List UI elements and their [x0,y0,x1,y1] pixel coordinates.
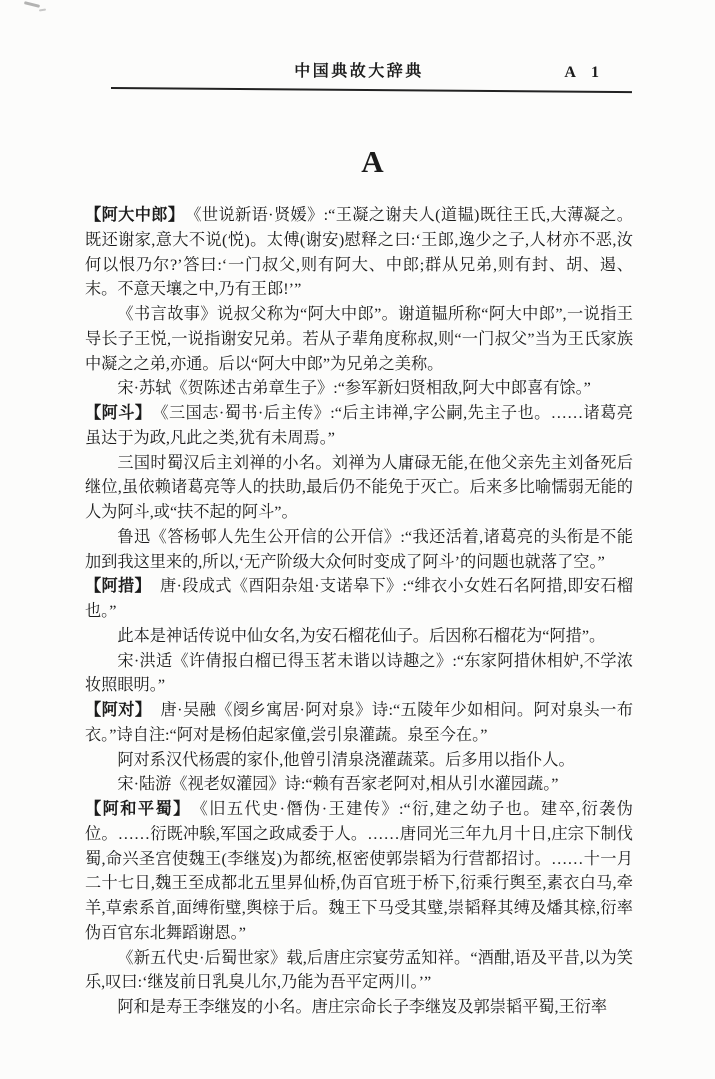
entry-term: 【阿斗】 [85,404,151,422]
entry-head: 【阿对】唐·吴融《阌乡寓居·阿对泉》诗:“五陵年少如相问。阿对泉头一布衣。”诗自… [85,698,633,748]
entry-head: 【阿斗】《三国志·蜀书·后主传》:“后主讳禅,字公嗣,先主子也。……诸葛亮虽达于… [85,401,633,451]
entry: 【阿和平蜀】《旧五代史·僭伪·王建传》:“衍,建之幼子也。建卒,衍袭伪位。……衍… [85,797,633,1020]
entries: 【阿大中郎】《世说新语·贤媛》:“王凝之谢夫人(道韫)既往王氏,大薄凝之。既还谢… [85,203,633,1020]
entry-term: 【阿和平蜀】 [85,800,191,818]
entry-head: 【阿大中郎】《世说新语·贤媛》:“王凝之谢夫人(道韫)既往王氏,大薄凝之。既还谢… [85,203,633,302]
entry: 【阿斗】《三国志·蜀书·后主传》:“后主讳禅,字公嗣,先主子也。……诸葛亮虽达于… [85,401,633,574]
entry-paragraph: 《新五代史·后蜀世家》载,后唐庄宗宴劳孟知祥。“酒酣,语及平昔,以为笑乐,叹曰:… [85,946,633,996]
entry-paragraph: 宋·苏轼《贺陈述古弟章生子》:“参军新妇贤相敌,阿大中郎喜有馀。” [85,376,633,401]
running-header: 中国典故大辞典 A 1 [85,58,633,84]
entry-paragraph: 宋·洪适《许倩报白榴已得玉茗未谐以诗趣之》:“东家阿措休相妒,不学浓妆照眼明。” [85,649,633,699]
entry: 【阿措】唐·段成式《酉阳杂俎·支诺皋下》:“绯衣小女姓石名阿措,即安石榴也。”此… [85,574,633,698]
entry-term: 【阿措】 [85,577,151,595]
entry: 【阿大中郎】《世说新语·贤媛》:“王凝之谢夫人(道韫)既往王氏,大薄凝之。既还谢… [85,203,633,401]
section-letter: A [15,144,715,180]
entry: 【阿对】唐·吴融《阌乡寓居·阿对泉》诗:“五陵年少如相问。阿对泉头一布衣。”诗自… [85,698,633,797]
entry-paragraph: 鲁迅《答杨邨人先生公开信的公开信》:“我还活着,诸葛亮的头衔是不能加到我这里来的… [85,525,633,575]
entry-paragraph: 《书言故事》说叔父称为“阿大中郎”。谢道韫所称“阿大中郎”,一说指王导长子王悦,… [85,302,633,376]
entry-head: 【阿措】唐·段成式《酉阳杂俎·支诺皋下》:“绯衣小女姓石名阿措,即安石榴也。” [85,574,633,624]
entry-paragraph: 三国时蜀汉后主刘禅的小名。刘禅为人庸碌无能,在他父亲先主刘备死后继位,虽依赖诸葛… [85,451,633,525]
entry-term: 【阿对】 [85,701,152,719]
entry-head-text: 唐·吴融《阌乡寓居·阿对泉》诗:“五陵年少如相问。阿对泉头一布衣。”诗自注:“阿… [85,701,633,744]
entry-head-text: 《旧五代史·僭伪·王建传》:“衍,建之幼子也。建卒,衍袭伪位。……衍既冲騃,军国… [85,800,633,942]
dictionary-page: 中国典故大辞典 A 1 A 【阿大中郎】《世说新语·贤媛》:“王凝之谢夫人(道韫… [0,0,715,1079]
entry-paragraph: 阿对系汉代杨震的家仆,他曾引清泉浇灌蔬菜。后多用以指仆人。 [85,748,633,773]
page-number: A 1 [564,59,599,82]
header-divider [111,87,632,93]
book-title: 中国典故大辞典 [294,58,424,81]
entry-head: 【阿和平蜀】《旧五代史·僭伪·王建传》:“衍,建之幼子也。建卒,衍袭伪位。……衍… [85,797,633,946]
entry-head-text: 《三国志·蜀书·后主传》:“后主讳禅,字公嗣,先主子也。……诸葛亮虽达于为政,凡… [85,404,633,447]
entry-paragraph: 阿和是寿王李继岌的小名。唐庄宗命长子李继岌及郭崇韬平蜀,王衍率 [85,995,633,1020]
scan-artifact [39,9,46,12]
entry-head-text: 唐·段成式《酉阳杂俎·支诺皋下》:“绯衣小女姓石名阿措,即安石榴也。” [85,577,633,620]
entry-paragraph: 宋·陆游《视老奴灌园》诗:“赖有吾家老阿对,相从引水灌园蔬。” [85,772,633,797]
entry-term: 【阿大中郎】 [85,206,184,224]
scan-artifact [24,1,40,8]
entry-paragraph: 此本是神话传说中仙女名,为安石榴花仙子。后因称石榴花为“阿措”。 [85,624,633,649]
